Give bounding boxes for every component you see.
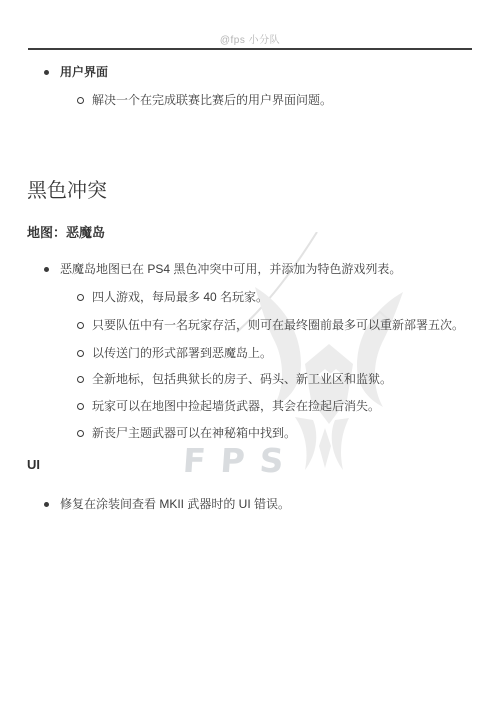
list-subitem: 解决一个在完成联赛比赛后的用户界面问题。: [0, 92, 500, 108]
bullet-icon: [44, 502, 49, 507]
list-subitem-label: 玩家可以在地图中捡起墙货武器，其会在捡起后消失。: [0, 398, 400, 414]
list-subitem: 玩家可以在地图中捡起墙货武器，其会在捡起后消失。: [0, 398, 500, 414]
list-subitem: 以传送门的形式部署到恶魔岛上。: [0, 345, 500, 361]
hollow-bullet-icon: [77, 322, 84, 329]
section-heading-blackout: 黑色冲突: [27, 178, 107, 204]
fps-text-watermark: FPS: [182, 441, 300, 480]
subheading-ui: UI: [27, 456, 40, 474]
list-subitem-label: 四人游戏，每局最多 40 名玩家。: [0, 289, 288, 305]
bullet-icon: [44, 267, 49, 272]
hollow-bullet-icon: [77, 403, 84, 410]
hollow-bullet-icon: [77, 430, 84, 437]
hollow-bullet-icon: [77, 350, 84, 357]
hollow-bullet-icon: [77, 376, 84, 383]
list-subitem-label: 新丧尸主题武器可以在神秘箱中找到。: [0, 425, 316, 441]
list-item-label: 恶魔岛地图已在 PS4 黑色冲突中可用，并添加为特色游戏列表。: [0, 261, 401, 277]
list-item-alcatraz-lead: 恶魔岛地图已在 PS4 黑色冲突中可用，并添加为特色游戏列表。: [0, 261, 500, 277]
list-subitem: 全新地标，包括典狱长的房子、码头、新工业区和监狱。: [0, 371, 500, 387]
header-divider: [28, 48, 472, 50]
byline-watermark-handle: @fps 小分队: [0, 31, 500, 46]
list-subitem-label: 解决一个在完成联赛比赛后的用户界面问题。: [0, 92, 352, 108]
bullet-icon: [44, 70, 49, 75]
list-subitem: 新丧尸主题武器可以在神秘箱中找到。: [0, 425, 500, 441]
list-item-label: 用户界面: [0, 64, 108, 80]
list-subitem-label: 以传送门的形式部署到恶魔岛上。: [0, 345, 292, 361]
list-item-user-interface: 用户界面: [0, 64, 500, 80]
document-page: FPS @fps 小分队 用户界面 解决一个在完成联赛比赛后的用户界面问题。 黑…: [0, 0, 500, 707]
list-subitem-label: 全新地标，包括典狱长的房子、码头、新工业区和监狱。: [0, 371, 412, 387]
hollow-bullet-icon: [77, 97, 84, 104]
list-subitem-label: 只要队伍中有一名玩家存活，则可在最终圈前最多可以重新部署五次。: [0, 317, 484, 333]
subheading-map-alcatraz: 地图：恶魔岛: [27, 224, 105, 242]
list-subitem: 四人游戏，每局最多 40 名玩家。: [0, 289, 500, 305]
list-subitem: 只要队伍中有一名玩家存活，则可在最终圈前最多可以重新部署五次。: [0, 317, 500, 333]
list-item-mkii-fix: 修复在涂装间查看 MKII 武器时的 UI 错误。: [0, 496, 500, 512]
hollow-bullet-icon: [77, 294, 84, 301]
